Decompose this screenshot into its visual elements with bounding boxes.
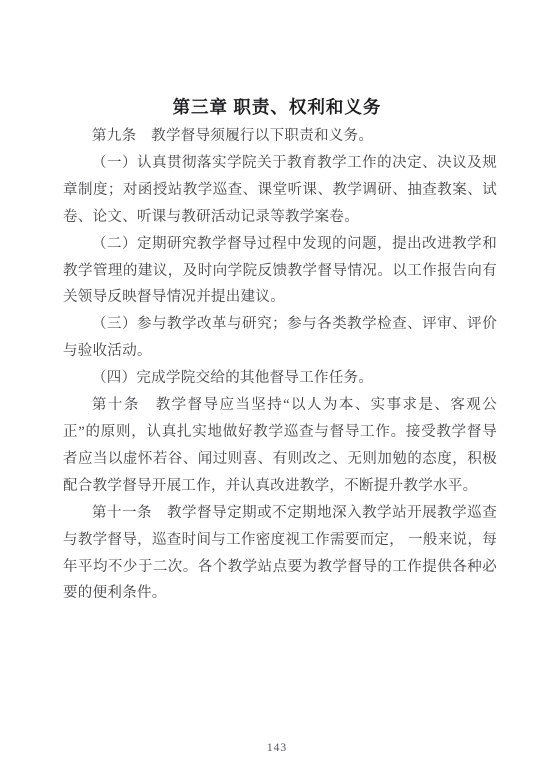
document-page: 第三章 职责、权利和义务 第九条 教学督导须履行以下职责和义务。 （一）认真贯彻… (0, 0, 554, 783)
paragraph-article-11: 第十一条 教学督导定期或不定期地深入教学站开展教学巡查与教学督导，巡查时间与工作… (63, 500, 497, 608)
paragraph-article-9-item-2: （二）定期研究教学督导过程中发现的问题，提出改进教学和教学管理的建议，及时向学院… (63, 231, 497, 312)
document-body: 第九条 教学督导须履行以下职责和义务。 （一）认真贯彻落实学院关于教育教学工作的… (63, 123, 497, 607)
paragraph-article-9: 第九条 教学督导须履行以下职责和义务。 (63, 123, 497, 150)
paragraph-article-9-item-3: （三）参与教学改革与研究；参与各类教学检查、评审、评价与验收活动。 (63, 311, 497, 365)
page-number: 143 (0, 742, 554, 754)
chapter-title: 第三章 职责、权利和义务 (0, 94, 554, 119)
paragraph-article-9-item-4: （四）完成学院交给的其他督导工作任务。 (63, 365, 497, 392)
paragraph-article-10: 第十条 教学督导应当坚持“以人为本、实事求是、客观公正”的原则，认真扎实地做好教… (63, 392, 497, 500)
paragraph-article-9-item-1: （一）认真贯彻落实学院关于教育教学工作的决定、决议及规章制度；对函授站教学巡查、… (63, 150, 497, 231)
